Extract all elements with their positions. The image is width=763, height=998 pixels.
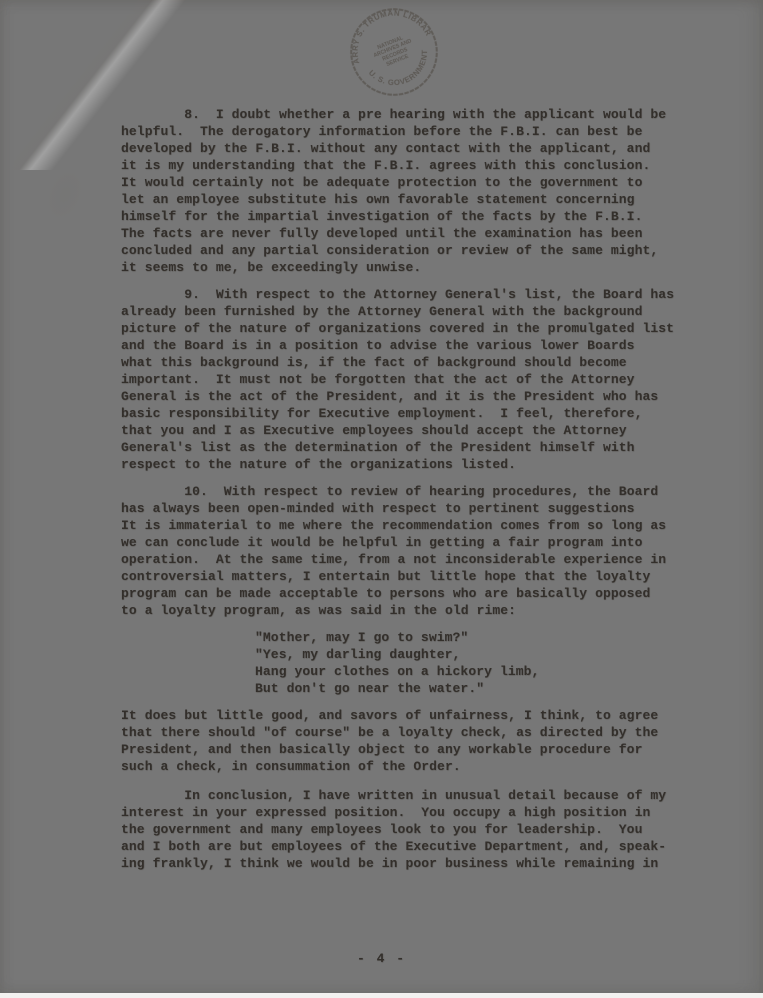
paragraph-10-hearing-procedures: 10. With respect to review of hearing pr…: [121, 483, 707, 619]
paragraph-8-pre-hearing: 8. I doubt whether a pre hearing with th…: [121, 106, 707, 276]
page-number: - 4 -: [0, 951, 763, 966]
paper-smudge: [40, 164, 90, 226]
paragraph-unfairness: It does but little good, and savors of u…: [121, 707, 707, 775]
archives-round-stamp: HARRY S. TRUMAN LIBRARY U. S. GOVERNMENT…: [334, 0, 454, 112]
letter-body: 8. I doubt whether a pre hearing with th…: [121, 106, 707, 882]
quoted-rime: "Mother, may I go to swim?" "Yes, my dar…: [255, 629, 707, 697]
paragraph-conclusion: In conclusion, I have written in unusual…: [121, 787, 707, 872]
paragraph-9-attorney-general-list: 9. With respect to the Attorney General'…: [121, 286, 707, 473]
scanned-document-page: HARRY S. TRUMAN LIBRARY U. S. GOVERNMENT…: [0, 0, 763, 998]
scan-edge-strip: [0, 993, 763, 998]
